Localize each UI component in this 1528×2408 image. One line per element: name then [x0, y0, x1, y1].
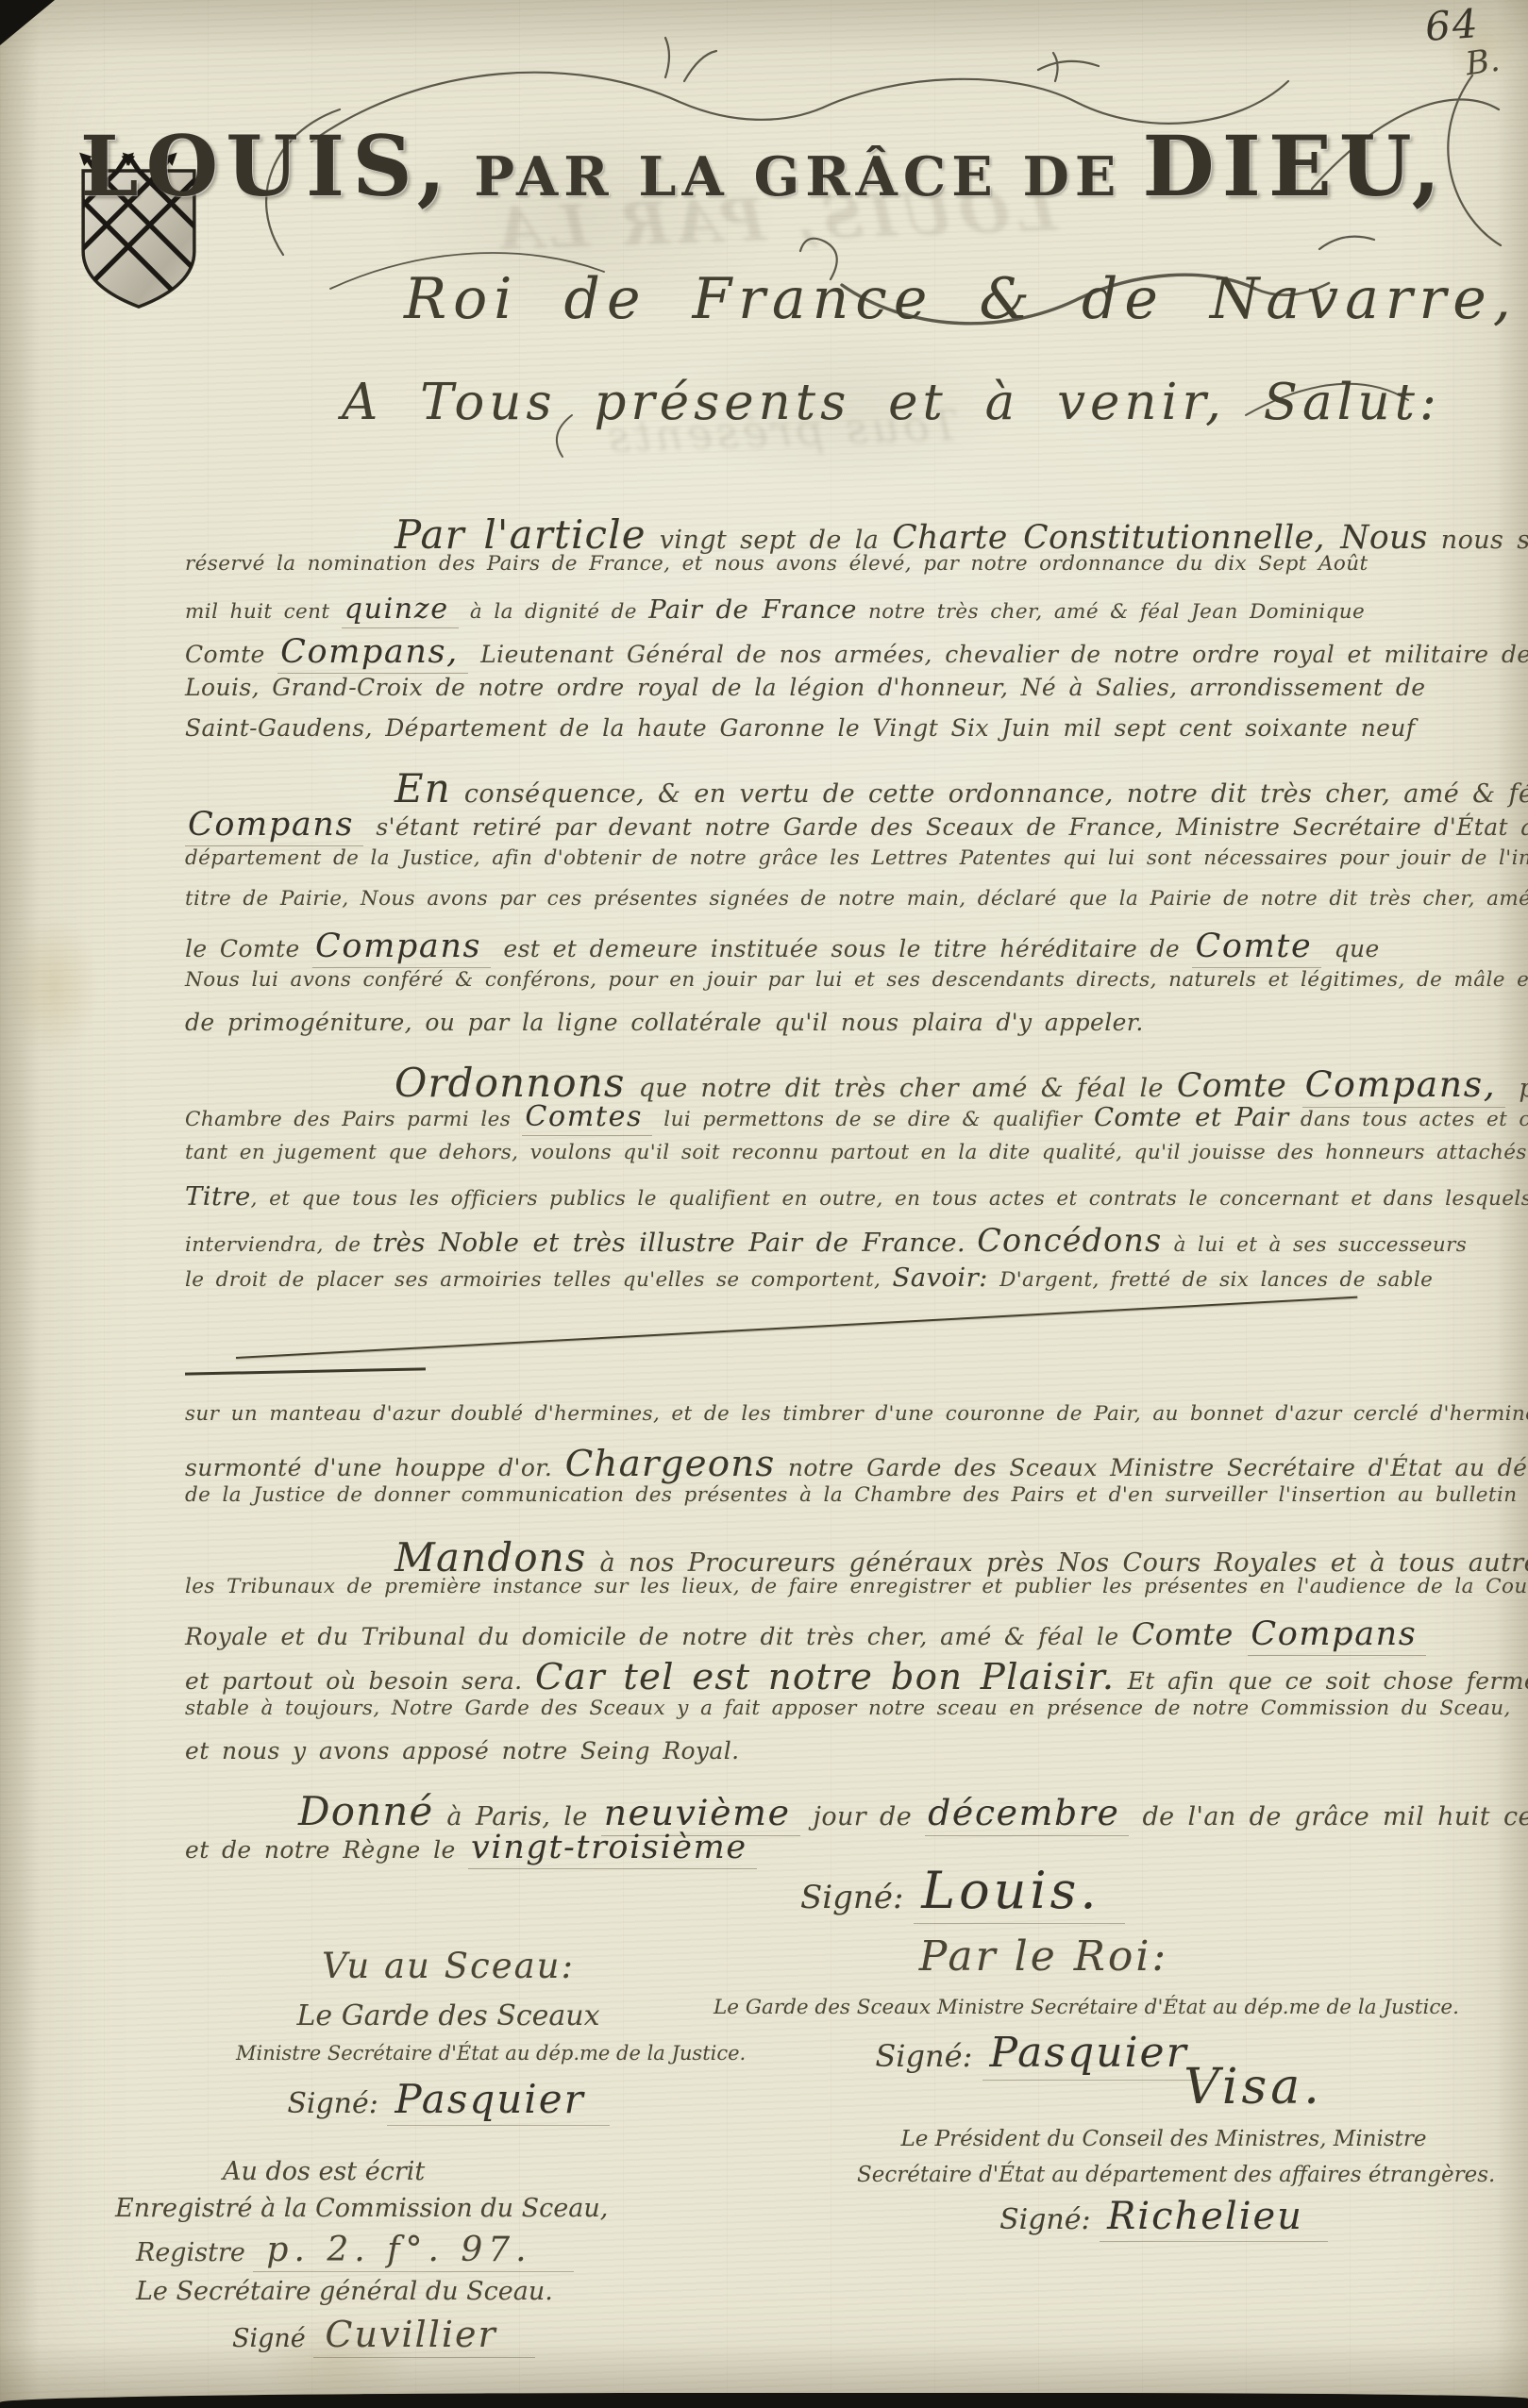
filled-in-text: Comte	[1192, 928, 1321, 968]
body-line: Royale et du Tribunal du domicile de not…	[185, 1615, 1480, 1656]
corner-pen-mark: B.	[1464, 42, 1503, 84]
text-segment: Comte et Pair	[1094, 1102, 1289, 1132]
body-line: titre de Pairie, Nous avons par ces prés…	[185, 887, 1480, 928]
text-segment: est et demeure instituée sous le titre h…	[491, 935, 1192, 962]
text-segment: à Paris, le	[433, 1802, 600, 1831]
text-segment: le droit de placer ses armoiries telles …	[185, 1268, 892, 1292]
signe-label: Signé:	[800, 1879, 903, 1916]
filled-in-text: quinze	[342, 593, 459, 628]
text-segment: surmonté d'une houppe d'or.	[185, 1454, 565, 1481]
filled-in-text: Compans,	[277, 633, 468, 674]
body-line: Par l'article vingt sept de la Charte Co…	[185, 511, 1480, 552]
filled-in-text: décembre	[925, 1792, 1129, 1836]
signature-cuvillier: Cuvillier	[313, 2314, 534, 2358]
body-line: et partout où besoin sera. Car tel est n…	[185, 1656, 1480, 1697]
body-line: Ordonnons que notre dit très cher amé & …	[185, 1060, 1480, 1100]
page-number: 64	[1423, 0, 1481, 50]
paragraph: Donné à Paris, le neuvième jour de décem…	[185, 1788, 1480, 1869]
text-segment: et partout où besoin sera.	[185, 1667, 535, 1695]
text-segment: jour de	[800, 1802, 926, 1831]
filled-in-text: Compans	[1248, 1615, 1426, 1656]
text-segment: que notre dit très cher amé & féal le	[626, 1074, 1177, 1103]
royal-signature: Signé: Louis.	[800, 1861, 1125, 1920]
body-line: Titre, et que tous les officiers publics…	[185, 1181, 1480, 1222]
text-segment: Saint-Gaudens, Département de la haute G…	[185, 714, 1415, 742]
paragraph: Mandons à nos Procureurs généraux près N…	[185, 1534, 1480, 1778]
text-segment: Savoir:	[892, 1263, 987, 1293]
filled-in-text: vingt-troisième	[468, 1829, 757, 1869]
separator-rule-short	[185, 1367, 426, 1375]
text-segment: Louis, Grand-Croix de notre ordre royal …	[185, 674, 1425, 701]
text-segment: stable à toujours, Notre Garde des Sceau…	[185, 1697, 1511, 1720]
text-segment: mil huit cent	[185, 600, 342, 624]
text-segment: Nous	[1325, 519, 1428, 557]
registre-line: Registre p. 2. f°. 97.	[136, 2231, 602, 2269]
president-conseil-line: Le Président du Conseil des Ministres, M…	[857, 2127, 1470, 2151]
text-segment: de la Justice de donner communication de…	[185, 1483, 1528, 1507]
title-middle-phrase: PAR LA GRÂCE DE	[474, 145, 1121, 209]
ministre-line: Le Garde des Sceaux Ministre Secrétaire …	[714, 1996, 1374, 2019]
document-title: LOUIS, PAR LA GRÂCE DE DIEU,	[0, 117, 1528, 215]
body-line: Chambre des Pairs parmi les Comtes lui p…	[185, 1100, 1480, 1141]
text-segment: dans tous actes et contrats,	[1289, 1108, 1528, 1131]
body-text-lower: sur un manteau d'azur doublé d'hermines,…	[185, 1402, 1480, 1880]
enregistre-line: Enregistré à la Commission du Sceau,	[115, 2194, 602, 2223]
text-segment: très Noble et très illustre Pair de Fran…	[373, 1228, 965, 1258]
text-segment: à la dignité de	[459, 600, 648, 624]
registre-label: Registre	[136, 2238, 245, 2267]
visa-title: Visa.	[1036, 2059, 1470, 2115]
signe-label: Signé:	[999, 2203, 1091, 2236]
vu-au-sceau-header: Vu au Sceau:	[236, 1946, 661, 1986]
body-line: Nous lui avons conféré & conférons, pour…	[185, 968, 1480, 1009]
text-segment: Par l'article	[395, 511, 646, 558]
body-line: stable à toujours, Notre Garde des Sceau…	[185, 1697, 1480, 1737]
text-segment: prendra rang à la	[1505, 1074, 1528, 1103]
paragraph: sur un manteau d'azur doublé d'hermines,…	[185, 1402, 1480, 1524]
registration-annotations: Au dos est écrit Enregistré à la Commiss…	[74, 2157, 602, 2363]
text-segment: notre très cher, amé & féal Jean Dominiq…	[857, 600, 1365, 624]
filled-in-text: Comtes	[522, 1100, 652, 1136]
body-line: de la Justice de donner communication de…	[185, 1483, 1480, 1524]
filled-in-text: Compans	[312, 928, 491, 968]
visa-block: Visa. Le Président du Conseil des Minist…	[857, 2059, 1470, 2238]
text-segment: Comte	[1132, 1616, 1248, 1652]
text-segment: Mandons	[395, 1534, 587, 1580]
text-segment: D'argent, fretté de six lances de sable	[988, 1268, 1433, 1292]
secretaire-general-line: Le Secrétaire général du Sceau.	[136, 2277, 602, 2306]
text-segment: département de la Justice, afin d'obteni…	[185, 846, 1528, 870]
body-line: Donné à Paris, le neuvième jour de décem…	[185, 1788, 1480, 1829]
au-dos-line: Au dos est écrit	[223, 2157, 602, 2186]
par-le-roi-header: Par le Roi:	[714, 1932, 1374, 1981]
text-segment: Pair de France	[648, 594, 857, 625]
text-segment: le Comte	[185, 935, 312, 962]
signature-row: Signé Cuvillier	[232, 2314, 602, 2355]
text-segment: Titre	[185, 1181, 251, 1212]
text-segment: Concédons	[977, 1222, 1162, 1259]
text-segment: et nous y avons apposé notre Seing Royal…	[185, 1737, 739, 1764]
text-segment: nous sommes	[1428, 526, 1528, 555]
text-segment: de l'an de grâce mil huit cent	[1129, 1802, 1528, 1831]
text-segment: lui permettons de se dire & qualifier	[652, 1108, 1094, 1131]
text-segment: réservé la nomination des Pairs de Franc…	[185, 552, 1368, 576]
body-line: et nous y avons apposé notre Seing Royal…	[185, 1737, 1480, 1778]
text-segment: Comte	[1177, 1067, 1302, 1105]
text-segment: à lui et à ses successeurs	[1162, 1233, 1467, 1257]
text-segment: Chambre des Pairs parmi les	[185, 1108, 522, 1131]
text-segment: Chargeons	[565, 1443, 776, 1485]
text-segment	[965, 1233, 977, 1257]
signature-pasquier: Pasquier	[387, 2076, 609, 2126]
text-segment: titre de Pairie, Nous avons par ces prés…	[185, 887, 1528, 911]
body-line: le droit de placer ses armoiries telles …	[185, 1263, 1480, 1303]
seal-attestation-block: Vu au Sceau: Le Garde des Sceaux Ministr…	[236, 1946, 661, 2122]
body-line: département de la Justice, afin d'obteni…	[185, 846, 1480, 887]
text-segment: s'étant retiré par devant notre Garde de…	[363, 813, 1528, 841]
paragraph: En conséquence, & en vertu de cette ordo…	[185, 765, 1480, 1049]
body-line: mil huit cent quinze à la dignité de Pai…	[185, 593, 1480, 633]
text-segment: interviendra, de	[185, 1233, 373, 1257]
text-segment: , et que tous les officiers publics le q…	[251, 1187, 1528, 1211]
title-word-louis: LOUIS,	[80, 117, 454, 215]
text-segment: sur un manteau d'azur doublé d'hermines,…	[185, 1402, 1528, 1426]
text-segment: que	[1321, 935, 1379, 962]
text-segment: En	[395, 765, 451, 811]
text-segment: Royale et du Tribunal du domicile de not…	[185, 1623, 1132, 1650]
affaires-etrangeres-line: Secrétaire d'État au département des aff…	[857, 2163, 1470, 2187]
text-segment: Donné	[298, 1788, 433, 1834]
text-segment: Lieutenant Général de nos armées, cheval…	[468, 641, 1528, 668]
body-line: Louis, Grand-Croix de notre ordre royal …	[185, 674, 1480, 714]
text-segment: les Tribunaux de première instance sur l…	[185, 1575, 1528, 1598]
registre-folio-value: p. 2. f°. 97.	[253, 2231, 573, 2272]
text-segment: conséquence, & en vertu de cette ordonna…	[451, 779, 1528, 809]
body-line: tant en jugement que dehors, voulons qu'…	[185, 1141, 1480, 1181]
body-line: réservé la nomination des Pairs de Franc…	[185, 552, 1480, 593]
signature-richelieu: Richelieu	[1100, 2195, 1328, 2242]
subtitle-roi-de-france: Roi de France & de Navarre,	[404, 266, 1518, 332]
text-segment: Car tel est notre bon Plaisir.	[535, 1656, 1115, 1698]
text-segment: vingt sept de la	[646, 526, 893, 555]
text-segment: Comte	[185, 641, 277, 668]
signature-row: Signé: Richelieu	[857, 2195, 1470, 2238]
body-line: En conséquence, & en vertu de cette ordo…	[185, 765, 1480, 806]
text-segment: Nous lui avons conféré & conférons, pour…	[185, 968, 1528, 992]
signature-row: Signé: Pasquier	[236, 2076, 661, 2122]
ministre-line: Ministre Secrétaire d'État au dép.me de …	[236, 2042, 661, 2065]
text-segment: Charte Constitutionnelle,	[892, 519, 1325, 557]
paragraph: Par l'article vingt sept de la Charte Co…	[185, 511, 1480, 755]
text-segment: notre Garde des Sceaux Ministre Secrétai…	[776, 1454, 1528, 1481]
body-line: Saint-Gaudens, Département de la haute G…	[185, 714, 1480, 755]
signe-label: Signé	[232, 2324, 306, 2353]
text-segment: et de notre Règne le	[185, 1836, 468, 1864]
filled-in-text: Compans	[185, 806, 363, 846]
body-line: Comte Compans, Lieutenant Général de nos…	[185, 633, 1480, 674]
title-word-dieu: DIEU,	[1142, 117, 1448, 215]
signe-label: Signé:	[287, 2087, 378, 2120]
body-line: les Tribunaux de première instance sur l…	[185, 1575, 1480, 1615]
body-line: de primogéniture, ou par la ligne collat…	[185, 1009, 1480, 1049]
par-le-roi-block: Par le Roi: Le Garde des Sceaux Ministre…	[714, 1932, 1374, 2077]
text-segment: de primogéniture, ou par la ligne collat…	[185, 1009, 1144, 1036]
signature-louis: Louis.	[914, 1861, 1124, 1924]
body-line: interviendra, de très Noble et très illu…	[185, 1222, 1480, 1263]
manuscript-page: LOUIS, PAR LA Tous présents 64 B.	[0, 0, 1528, 2408]
body-text-upper: Par l'article vingt sept de la Charte Co…	[185, 511, 1480, 1313]
paragraph: Ordonnons que notre dit très cher amé & …	[185, 1060, 1480, 1303]
body-line: Mandons à nos Procureurs généraux près N…	[185, 1534, 1480, 1575]
body-line: Compans s'étant retiré par devant notre …	[185, 806, 1480, 846]
body-line: sur un manteau d'azur doublé d'hermines,…	[185, 1402, 1480, 1443]
text-segment: à nos Procureurs généraux près Nos Cours…	[587, 1548, 1528, 1578]
garde-des-sceaux-line: Le Garde des Sceaux	[236, 1999, 661, 2032]
text-segment: Et afin que ce soit chose ferme et	[1115, 1667, 1528, 1695]
body-line: le Comte Compans est et demeure institué…	[185, 928, 1480, 968]
subtitle-salutation: A Tous présents et à venir, Salut:	[342, 374, 1441, 431]
text-segment: tant en jugement que dehors, voulons qu'…	[185, 1141, 1528, 1164]
text-segment: Ordonnons	[395, 1060, 626, 1106]
body-line: surmonté d'une houppe d'or. Chargeons no…	[185, 1443, 1480, 1483]
